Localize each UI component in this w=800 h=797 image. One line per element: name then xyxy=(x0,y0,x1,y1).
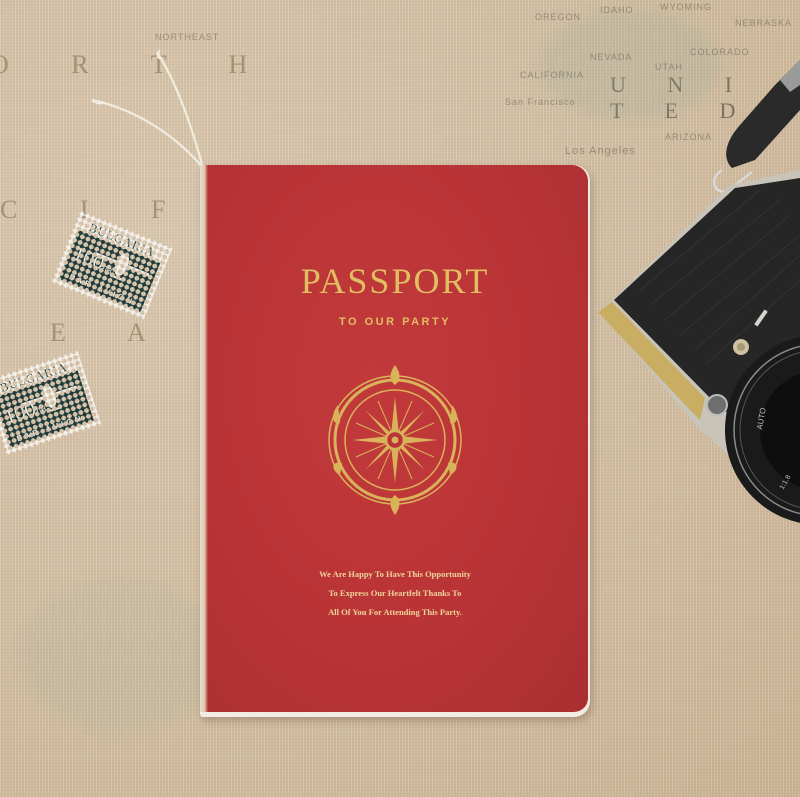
map-label: NEBRASKA xyxy=(735,18,792,28)
passport-booklet: PASSPORT TO OUR PARTY xyxy=(200,165,590,717)
passport-message: We Are Happy To Have This Opportunity To… xyxy=(260,565,530,622)
passport-subtitle: TO OUR PARTY xyxy=(250,316,540,328)
map-label-orth: O R T H xyxy=(0,50,275,80)
photo-scene: O R T H C I F I E A N U N I T E D NORTHE… xyxy=(0,0,800,797)
map-label: OREGON xyxy=(535,12,581,22)
map-label: UTAH xyxy=(655,62,683,72)
map-region-tint xyxy=(20,580,220,730)
passport-cover: PASSPORT TO OUR PARTY xyxy=(200,165,588,712)
map-label: IDAHO xyxy=(600,5,634,15)
lens-aperture-label: 1:1.8 xyxy=(779,474,793,491)
postage-stamp: BULGARIA 100ЛВ. PAR AVION xyxy=(0,350,102,455)
map-label: NORTHEAST xyxy=(155,32,219,42)
stamp-face: BULGARIA 100ЛВ. PAR AVION xyxy=(0,358,94,448)
map-label: ARIZONA xyxy=(665,132,712,142)
map-label: COLORADO xyxy=(690,47,750,57)
map-label: Los Angeles xyxy=(565,145,636,157)
message-line: We Are Happy To Have This Opportunity xyxy=(260,565,530,584)
map-label: CALIFORNIA xyxy=(520,70,584,80)
lens-auto-label: AUTO xyxy=(755,407,768,430)
map-label: San Francisco xyxy=(505,97,576,107)
map-label: NEVADA xyxy=(590,52,632,62)
message-line: All Of You For Attending This Party. xyxy=(260,603,530,622)
map-label: WYOMING xyxy=(660,2,712,12)
postage-stamp: BULGARIA 100ЛВ. PAR AVION xyxy=(51,210,173,320)
stamp-face: BULGARIA 100ЛВ. PAR AVION xyxy=(59,218,165,312)
passport-title: PASSPORT xyxy=(250,260,540,302)
compass-rose-emblem xyxy=(320,355,470,525)
message-line: To Express Our Heartfelt Thanks To xyxy=(260,584,530,603)
passport-spine xyxy=(200,165,208,712)
